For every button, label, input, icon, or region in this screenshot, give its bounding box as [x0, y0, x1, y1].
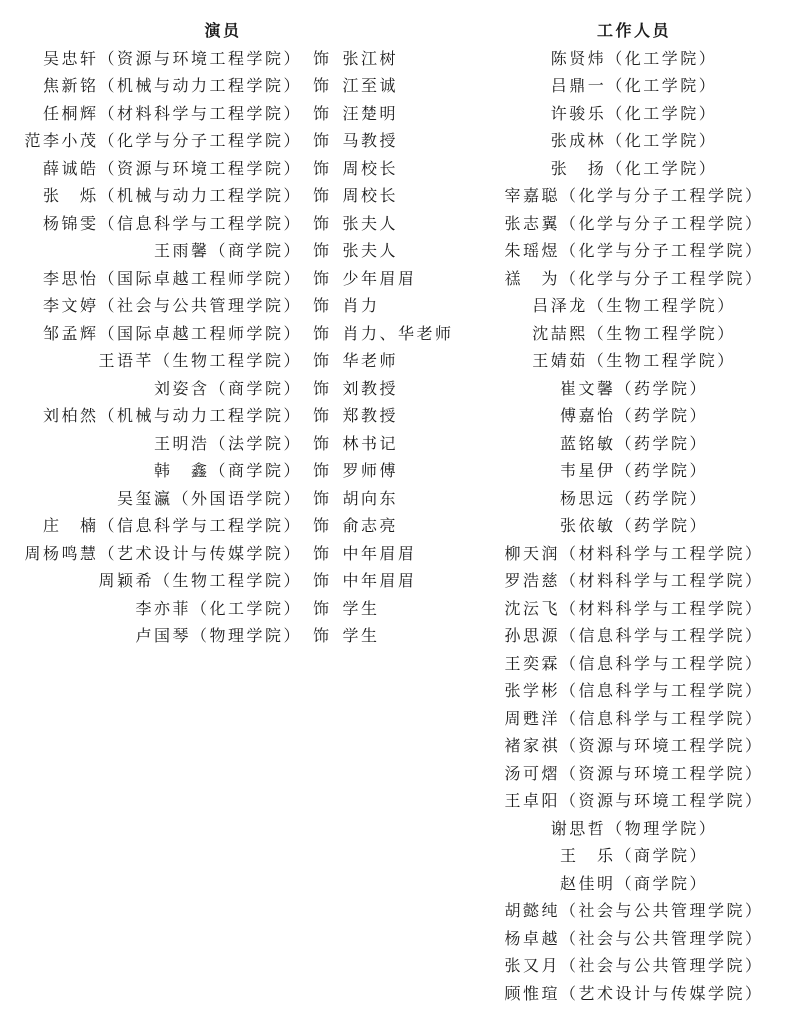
staff-row: 沈沄飞（材料科学与工程学院） — [469, 596, 799, 624]
cast-title: 演员 — [0, 18, 446, 46]
role-separator: 饰 — [313, 238, 332, 266]
cast-list: 吴忠轩（资源与环境工程学院）饰张江树焦新铭（机械与动力工程学院）饰江至诚任桐辉（… — [0, 46, 446, 651]
character-name: 华老师 — [343, 348, 399, 376]
actor-name-and-college: 刘柏然（机械与动力工程学院） — [0, 403, 302, 431]
character-name: 少年眉眉 — [343, 266, 417, 294]
role-separator: 饰 — [313, 183, 332, 211]
staff-row: 禚 为（化学与分子工程学院） — [469, 266, 799, 294]
actor-name-and-college: 庄 楠（信息科学与工程学院） — [0, 513, 302, 541]
actor-name-and-college: 王雨馨（商学院） — [0, 238, 302, 266]
character-name: 胡向东 — [343, 486, 399, 514]
role-separator: 饰 — [313, 403, 332, 431]
character-name: 马教授 — [343, 128, 399, 156]
character-name: 学生 — [343, 596, 380, 624]
staff-row: 傅嘉怡（药学院） — [469, 403, 799, 431]
role-separator: 饰 — [313, 541, 332, 569]
staff-row: 周甦洋（信息科学与工程学院） — [469, 706, 799, 734]
actor-name-and-college: 杨锦雯（信息科学与工程学院） — [0, 211, 302, 239]
character-name: 周校长 — [343, 156, 399, 184]
cast-row: 庄 楠（信息科学与工程学院）饰俞志亮 — [0, 513, 446, 541]
cast-row: 韩 鑫（商学院）饰罗师傅 — [0, 458, 446, 486]
character-name: 肖力、华老师 — [343, 321, 454, 349]
staff-section: 工作人员 陈贤炜（化工学院）吕鼎一（化工学院）许骏乐（化工学院）张成林（化工学院… — [469, 0, 799, 1008]
role-separator: 饰 — [313, 293, 332, 321]
role-separator: 饰 — [313, 458, 332, 486]
cast-row: 焦新铭（机械与动力工程学院）饰江至诚 — [0, 73, 446, 101]
cast-row: 邹孟辉（国际卓越工程师学院）饰肖力、华老师 — [0, 321, 446, 349]
role-separator: 饰 — [313, 486, 332, 514]
staff-row: 张又月（社会与公共管理学院） — [469, 953, 799, 981]
actor-name-and-college: 李思怡（国际卓越工程师学院） — [0, 266, 302, 294]
cast-row: 王语芊（生物工程学院）饰华老师 — [0, 348, 446, 376]
staff-row: 罗浩慈（材料科学与工程学院） — [469, 568, 799, 596]
cast-row: 周颖希（生物工程学院）饰中年眉眉 — [0, 568, 446, 596]
cast-row: 吴忠轩（资源与环境工程学院）饰张江树 — [0, 46, 446, 74]
actor-name-and-college: 王语芊（生物工程学院） — [0, 348, 302, 376]
cast-row: 周杨鸣慧（艺术设计与传媒学院）饰中年眉眉 — [0, 541, 446, 569]
character-name: 中年眉眉 — [343, 541, 417, 569]
staff-row: 张学彬（信息科学与工程学院） — [469, 678, 799, 706]
actor-name-and-college: 邹孟辉（国际卓越工程师学院） — [0, 321, 302, 349]
actor-name-and-college: 王明浩（法学院） — [0, 431, 302, 459]
character-name: 张夫人 — [343, 238, 399, 266]
role-separator: 饰 — [313, 266, 332, 294]
character-name: 中年眉眉 — [343, 568, 417, 596]
staff-row: 胡懿纯（社会与公共管理学院） — [469, 898, 799, 926]
staff-row: 崔文馨（药学院） — [469, 376, 799, 404]
role-separator: 饰 — [313, 376, 332, 404]
staff-row: 杨思远（药学院） — [469, 486, 799, 514]
cast-row: 卢国琴（物理学院）饰学生 — [0, 623, 446, 651]
role-separator: 饰 — [313, 73, 332, 101]
staff-row: 吕鼎一（化工学院） — [469, 73, 799, 101]
staff-row: 王卓阳（资源与环境工程学院） — [469, 788, 799, 816]
staff-row: 孙思源（信息科学与工程学院） — [469, 623, 799, 651]
staff-row: 张依敏（药学院） — [469, 513, 799, 541]
cast-row: 李思怡（国际卓越工程师学院）饰少年眉眉 — [0, 266, 446, 294]
character-name: 学生 — [343, 623, 380, 651]
staff-row: 沈喆熙（生物工程学院） — [469, 321, 799, 349]
character-name: 林书记 — [343, 431, 399, 459]
character-name: 张江树 — [343, 46, 399, 74]
actor-name-and-college: 李文婷（社会与公共管理学院） — [0, 293, 302, 321]
actor-name-and-college: 范李小茂（化学与分子工程学院） — [0, 128, 302, 156]
staff-row: 赵佳明（商学院） — [469, 871, 799, 899]
credits-page: 演员 吴忠轩（资源与环境工程学院）饰张江树焦新铭（机械与动力工程学院）饰江至诚任… — [0, 0, 799, 1034]
character-name: 江至诚 — [343, 73, 399, 101]
cast-row: 吴玺瀛（外国语学院）饰胡向东 — [0, 486, 446, 514]
staff-row: 汤可熠（资源与环境工程学院） — [469, 761, 799, 789]
staff-row: 吕泽龙（生物工程学院） — [469, 293, 799, 321]
actor-name-and-college: 焦新铭（机械与动力工程学院） — [0, 73, 302, 101]
cast-row: 刘柏然（机械与动力工程学院）饰郑教授 — [0, 403, 446, 431]
role-separator: 饰 — [313, 156, 332, 184]
staff-title: 工作人员 — [469, 18, 799, 46]
role-separator: 饰 — [313, 431, 332, 459]
actor-name-and-college: 吴忠轩（资源与环境工程学院） — [0, 46, 302, 74]
role-separator: 饰 — [313, 211, 332, 239]
actor-name-and-college: 韩 鑫（商学院） — [0, 458, 302, 486]
cast-row: 刘姿含（商学院）饰刘教授 — [0, 376, 446, 404]
cast-row: 李亦菲（化工学院）饰学生 — [0, 596, 446, 624]
role-separator: 饰 — [313, 568, 332, 596]
character-name: 肖力 — [343, 293, 380, 321]
character-name: 汪楚明 — [343, 101, 399, 129]
cast-row: 薛诚皓（资源与环境工程学院）饰周校长 — [0, 156, 446, 184]
actor-name-and-college: 刘姿含（商学院） — [0, 376, 302, 404]
staff-row: 韦星伊（药学院） — [469, 458, 799, 486]
staff-row: 顾惟瑄（艺术设计与传媒学院） — [469, 981, 799, 1009]
cast-row: 任桐辉（材料科学与工程学院）饰汪楚明 — [0, 101, 446, 129]
actor-name-and-college: 吴玺瀛（外国语学院） — [0, 486, 302, 514]
cast-section: 演员 吴忠轩（资源与环境工程学院）饰张江树焦新铭（机械与动力工程学院）饰江至诚任… — [0, 0, 446, 651]
staff-row: 谢思哲（物理学院） — [469, 816, 799, 844]
role-separator: 饰 — [313, 513, 332, 541]
staff-list: 陈贤炜（化工学院）吕鼎一（化工学院）许骏乐（化工学院）张成林（化工学院）张 扬（… — [469, 46, 799, 1009]
character-name: 刘教授 — [343, 376, 399, 404]
actor-name-and-college: 周颖希（生物工程学院） — [0, 568, 302, 596]
cast-row: 李文婷（社会与公共管理学院）饰肖力 — [0, 293, 446, 321]
cast-row: 杨锦雯（信息科学与工程学院）饰张夫人 — [0, 211, 446, 239]
role-separator: 饰 — [313, 348, 332, 376]
actor-name-and-college: 卢国琴（物理学院） — [0, 623, 302, 651]
actor-name-and-college: 周杨鸣慧（艺术设计与传媒学院） — [0, 541, 302, 569]
staff-row: 张成林（化工学院） — [469, 128, 799, 156]
actor-name-and-college: 薛诚皓（资源与环境工程学院） — [0, 156, 302, 184]
character-name: 郑教授 — [343, 403, 399, 431]
staff-row: 王奕霖（信息科学与工程学院） — [469, 651, 799, 679]
role-separator: 饰 — [313, 128, 332, 156]
character-name: 张夫人 — [343, 211, 399, 239]
actor-name-and-college: 李亦菲（化工学院） — [0, 596, 302, 624]
role-separator: 饰 — [313, 101, 332, 129]
staff-row: 张 扬（化工学院） — [469, 156, 799, 184]
character-name: 周校长 — [343, 183, 399, 211]
staff-row: 王婧茹（生物工程学院） — [469, 348, 799, 376]
staff-row: 杨卓越（社会与公共管理学院） — [469, 926, 799, 954]
staff-row: 陈贤炜（化工学院） — [469, 46, 799, 74]
cast-row: 王雨馨（商学院）饰张夫人 — [0, 238, 446, 266]
role-separator: 饰 — [313, 623, 332, 651]
role-separator: 饰 — [313, 46, 332, 74]
staff-row: 蓝铭敏（药学院） — [469, 431, 799, 459]
cast-row: 王明浩（法学院）饰林书记 — [0, 431, 446, 459]
character-name: 罗师傅 — [343, 458, 399, 486]
staff-row: 宰嘉聪（化学与分子工程学院） — [469, 183, 799, 211]
staff-row: 朱瑶煜（化学与分子工程学院） — [469, 238, 799, 266]
staff-row: 许骏乐（化工学院） — [469, 101, 799, 129]
role-separator: 饰 — [313, 596, 332, 624]
staff-row: 张志翼（化学与分子工程学院） — [469, 211, 799, 239]
character-name: 俞志亮 — [343, 513, 399, 541]
cast-row: 范李小茂（化学与分子工程学院）饰马教授 — [0, 128, 446, 156]
staff-row: 柳天润（材料科学与工程学院） — [469, 541, 799, 569]
role-separator: 饰 — [313, 321, 332, 349]
actor-name-and-college: 任桐辉（材料科学与工程学院） — [0, 101, 302, 129]
staff-row: 褚家祺（资源与环境工程学院） — [469, 733, 799, 761]
staff-row: 王 乐（商学院） — [469, 843, 799, 871]
actor-name-and-college: 张 烁（机械与动力工程学院） — [0, 183, 302, 211]
cast-row: 张 烁（机械与动力工程学院）饰周校长 — [0, 183, 446, 211]
